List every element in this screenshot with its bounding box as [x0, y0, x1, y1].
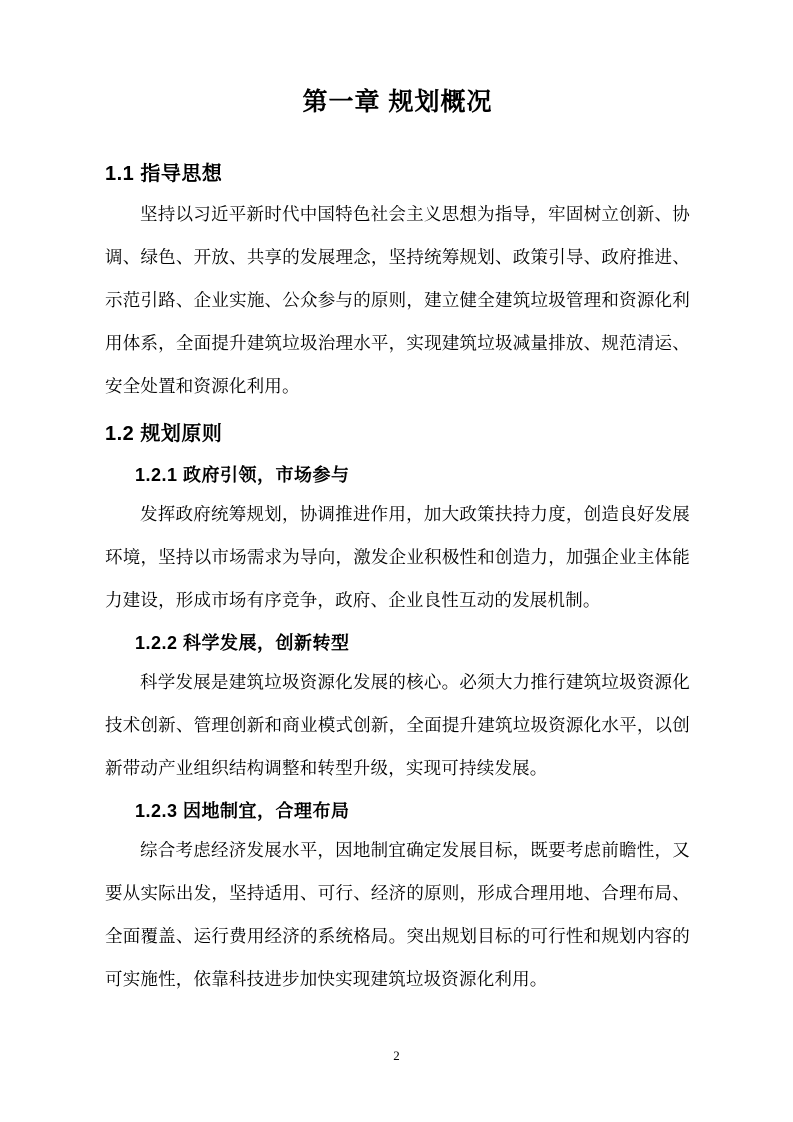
paragraph-1-2-3: 综合考虑经济发展水平，因地制宜确定发展目标，既要考虑前瞻性，又要从实际出发，坚持… — [105, 829, 690, 1001]
subsection-1-2-1: 1.2.1 政府引领，市场参与 发挥政府统筹规划，协调推进作用，加大政策扶持力度… — [105, 462, 690, 622]
chapter-title: 第一章 规划概况 — [105, 86, 690, 118]
paragraph-1-2-2: 科学发展是建筑垃圾资源化发展的核心。必须大力推行建筑垃圾资源化技术创新、管理创新… — [105, 661, 690, 790]
section-guiding-ideology: 1.1 指导思想 坚持以习近平新时代中国特色社会主义思想为指导，牢固树立创新、协… — [105, 160, 690, 408]
page-number: 2 — [0, 1048, 793, 1064]
subsection-1-2-3: 1.2.3 因地制宜，合理布局 综合考虑经济发展水平，因地制宜确定发展目标，既要… — [105, 798, 690, 1001]
subsection-heading-1-2-2: 1.2.2 科学发展，创新转型 — [135, 630, 690, 656]
paragraph-1-2-1: 发挥政府统筹规划，协调推进作用，加大政策扶持力度，创造良好发展环境，坚持以市场需… — [105, 493, 690, 622]
subsection-heading-1-2-1: 1.2.1 政府引领，市场参与 — [135, 462, 690, 488]
document-page: 第一章 规划概况 1.1 指导思想 坚持以习近平新时代中国特色社会主义思想为指导… — [0, 0, 793, 1122]
section-planning-principles: 1.2 规划原则 1.2.1 政府引领，市场参与 发挥政府统筹规划，协调推进作用… — [105, 420, 690, 1001]
paragraph-1-1: 坚持以习近平新时代中国特色社会主义思想为指导，牢固树立创新、协调、绿色、开放、共… — [105, 193, 690, 408]
subsection-1-2-2: 1.2.2 科学发展，创新转型 科学发展是建筑垃圾资源化发展的核心。必须大力推行… — [105, 630, 690, 790]
section-heading-1-1: 1.1 指导思想 — [105, 160, 690, 188]
subsection-heading-1-2-3: 1.2.3 因地制宜，合理布局 — [135, 798, 690, 824]
section-heading-1-2: 1.2 规划原则 — [105, 420, 690, 448]
